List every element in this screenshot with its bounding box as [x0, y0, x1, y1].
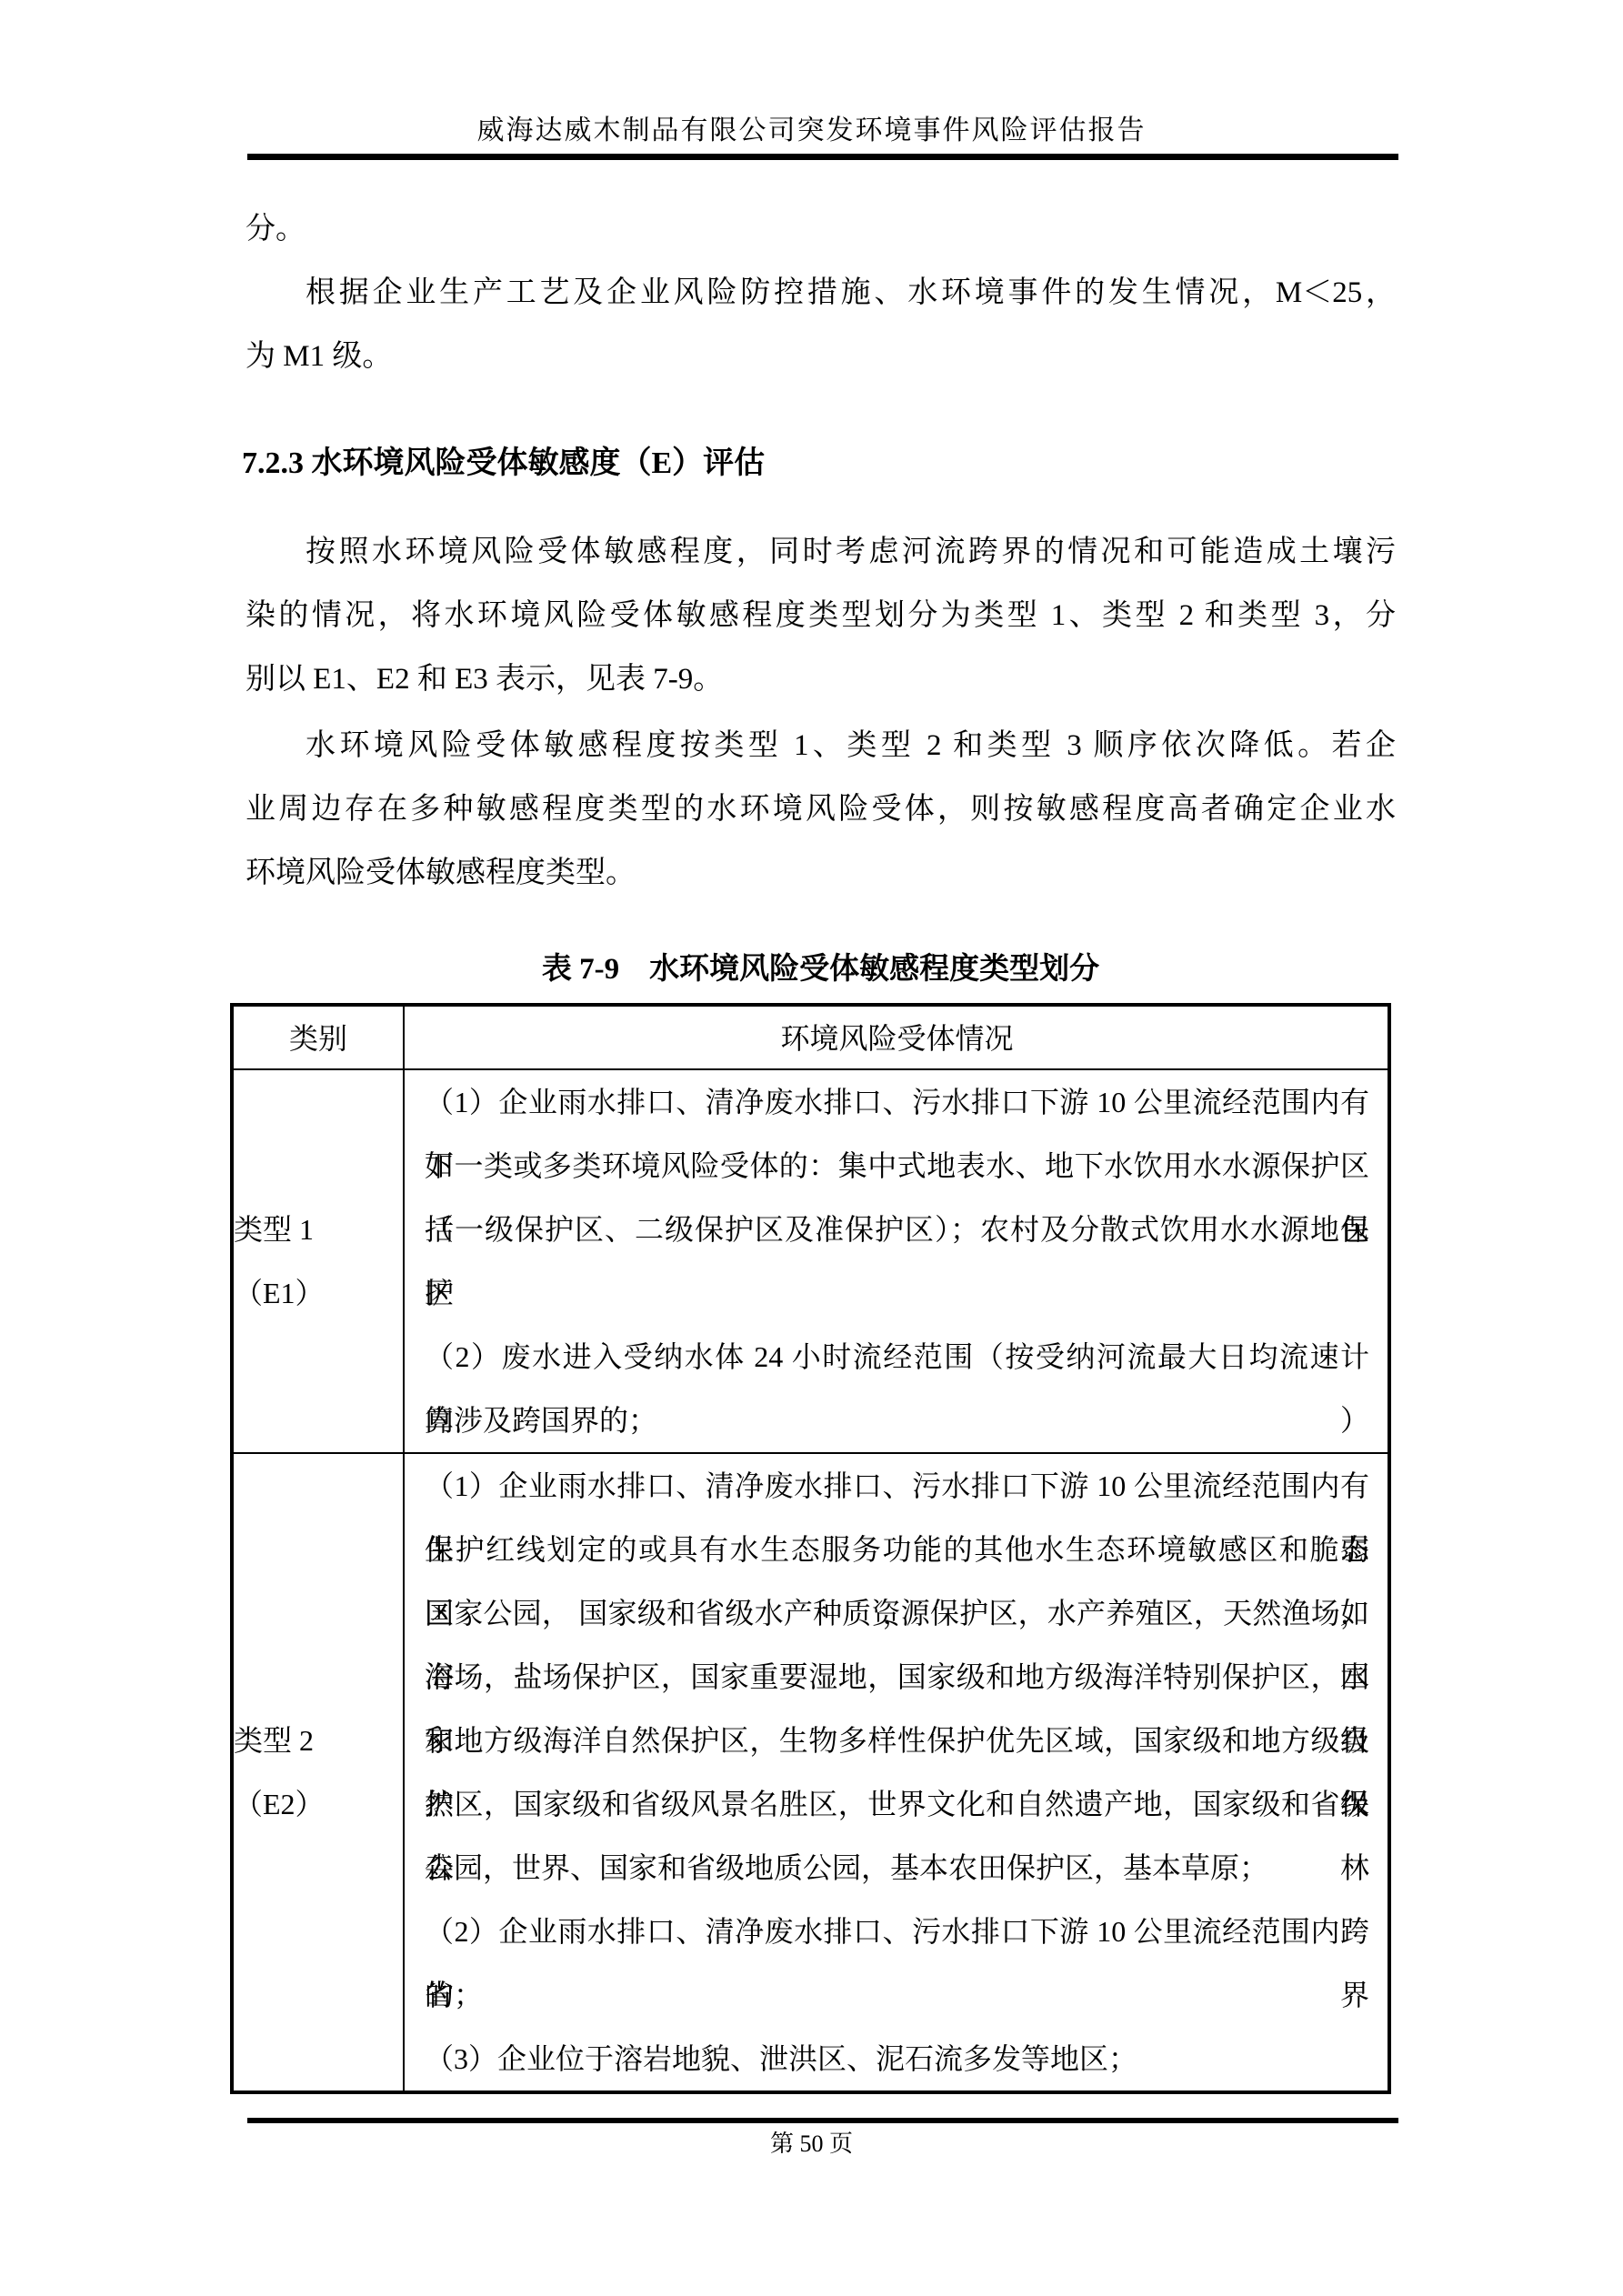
paragraph-line: 环境风险受体敏感程度类型。 — [245, 841, 1396, 905]
content-line: 护区，国家级和省级风景名胜区，世界文化和自然遗产地，国家级和省级森林 — [425, 1772, 1369, 1836]
table-header-row: 类别 环境风险受体情况 — [234, 1007, 1388, 1070]
paragraph-line: 分。 — [245, 197, 1396, 261]
column-header-label: 环境风险受体情况 — [425, 1007, 1369, 1068]
header-rule — [247, 154, 1398, 160]
paragraph-line: 染的情况，将水环境风险受体敏感程度类型划分为类型 1、类型 2 和类型 3，分 — [245, 584, 1396, 647]
body-paragraph: 根据企业生产工艺及企业风险防控措施、水环境事件的发生情况，M＜25， 为 M1 … — [245, 261, 1396, 388]
content-line: 浴场，盐场保护区，国家重要湿地，国家级和地方级海洋特别保护区，国家级 — [425, 1645, 1369, 1709]
type-cell: 类型 1 （E1） — [234, 1070, 405, 1452]
content-line: （1）企业雨水排口、清净废水排口、污水排口下游 10 公里流经范围内有生态 — [425, 1454, 1369, 1518]
type-code: （E2） — [234, 1772, 403, 1836]
page-header-title: 威海达威木制品有限公司突发环境事件风险评估报告 — [0, 115, 1623, 147]
type-code: （E1） — [234, 1261, 403, 1325]
paragraph-line: 根据企业生产工艺及企业风险防控措施、水环境事件的发生情况，M＜25， — [245, 261, 1396, 325]
paragraph-line: 业周边存在多种敏感程度类型的水环境风险受体，则按敏感程度高者确定企业水 — [245, 777, 1396, 841]
content-cell: （1）企业雨水排口、清净废水排口、污水排口下游 10 公里流经范围内有如 下一类… — [405, 1070, 1388, 1452]
paragraph-line: 水环境风险受体敏感程度按类型 1、类型 2 和类型 3 顺序依次降低。若企 — [245, 714, 1396, 777]
column-header-situation: 环境风险受体情况 — [405, 1007, 1388, 1068]
page-number: 第 50 页 — [0, 2126, 1623, 2162]
table-row: 类型 2 （E2） （1）企业雨水排口、清净废水排口、污水排口下游 10 公里流… — [234, 1454, 1388, 2090]
content-line: 国家公园， 国家级和省级水产种质资源保护区，水产养殖区，天然渔场，海水 — [425, 1581, 1369, 1645]
content-line: 保护红线划定的或具有水生态服务功能的其他水生态环境敏感区和脆弱区，如 — [425, 1518, 1369, 1581]
column-header-label: 类别 — [234, 1007, 403, 1070]
type-label: 类型 2 — [234, 1709, 403, 1772]
content-line: （2）企业雨水排口、清净废水排口、污水排口下游 10 公里流经范围内跨省界 — [425, 1900, 1369, 1963]
content-line: 区 — [425, 1261, 1369, 1325]
table-row: 类型 1 （E1） （1）企业雨水排口、清净废水排口、污水排口下游 10 公里流… — [234, 1070, 1388, 1454]
table-caption: 表 7-9 水环境风险受体敏感程度类型划分 — [245, 937, 1396, 1001]
type-cell: 类型 2 （E2） — [234, 1454, 405, 2090]
content-cell: （1）企业雨水排口、清净废水排口、污水排口下游 10 公里流经范围内有生态 保护… — [405, 1454, 1388, 2090]
data-table: 类别 环境风险受体情况 类型 1 （E1） （1）企业雨水排口、清净废水排口、污… — [230, 1003, 1391, 2094]
body-paragraph: 水环境风险受体敏感程度按类型 1、类型 2 和类型 3 顺序依次降低。若企 业周… — [245, 714, 1396, 905]
body-paragraph: 按照水环境风险受体敏感程度，同时考虑河流跨界的情况和可能造成土壤污 染的情况，将… — [245, 520, 1396, 711]
type-label: 类型 1 — [234, 1198, 403, 1261]
document-page: 威海达威木制品有限公司突发环境事件风险评估报告 分。 根据企业生产工艺及企业风险… — [0, 0, 1623, 2296]
paragraph-line: 按照水环境风险受体敏感程度，同时考虑河流跨界的情况和可能造成土壤污 — [245, 520, 1396, 584]
paragraph-line: 为 M1 级。 — [245, 325, 1396, 388]
content-line: 公园，世界、国家和省级地质公园，基本农田保护区，基本草原； — [425, 1836, 1369, 1900]
content-line: （1）企业雨水排口、清净废水排口、污水排口下游 10 公里流经范围内有如 — [425, 1070, 1369, 1134]
footer-rule — [247, 2118, 1398, 2123]
paragraph-continuation: 分。 — [245, 197, 1396, 261]
section-heading: 7.2.3 水环境风险受体敏感度（E）评估 — [242, 432, 1396, 496]
column-header-category: 类别 — [234, 1007, 405, 1068]
content-line: （2）废水进入受纳水体 24 小时流经范围（按受纳河流最大日均流速计算） — [425, 1325, 1369, 1389]
content-line: （3）企业位于溶岩地貌、泄洪区、泥石流多发等地区； — [425, 2027, 1369, 2090]
content-line: 下一类或多类环境风险受体的：集中式地表水、地下水饮用水水源保护区（包 — [425, 1134, 1369, 1198]
content-line: 和地方级海洋自然保护区，生物多样性保护优先区域，国家级和地方级自然保 — [425, 1709, 1369, 1772]
content-line: 括一级保护区、二级保护区及准保护区）；农村及分散式饮用水水源地保护 — [425, 1198, 1369, 1261]
paragraph-line: 别以 E1、E2 和 E3 表示，见表 7-9。 — [245, 647, 1396, 711]
